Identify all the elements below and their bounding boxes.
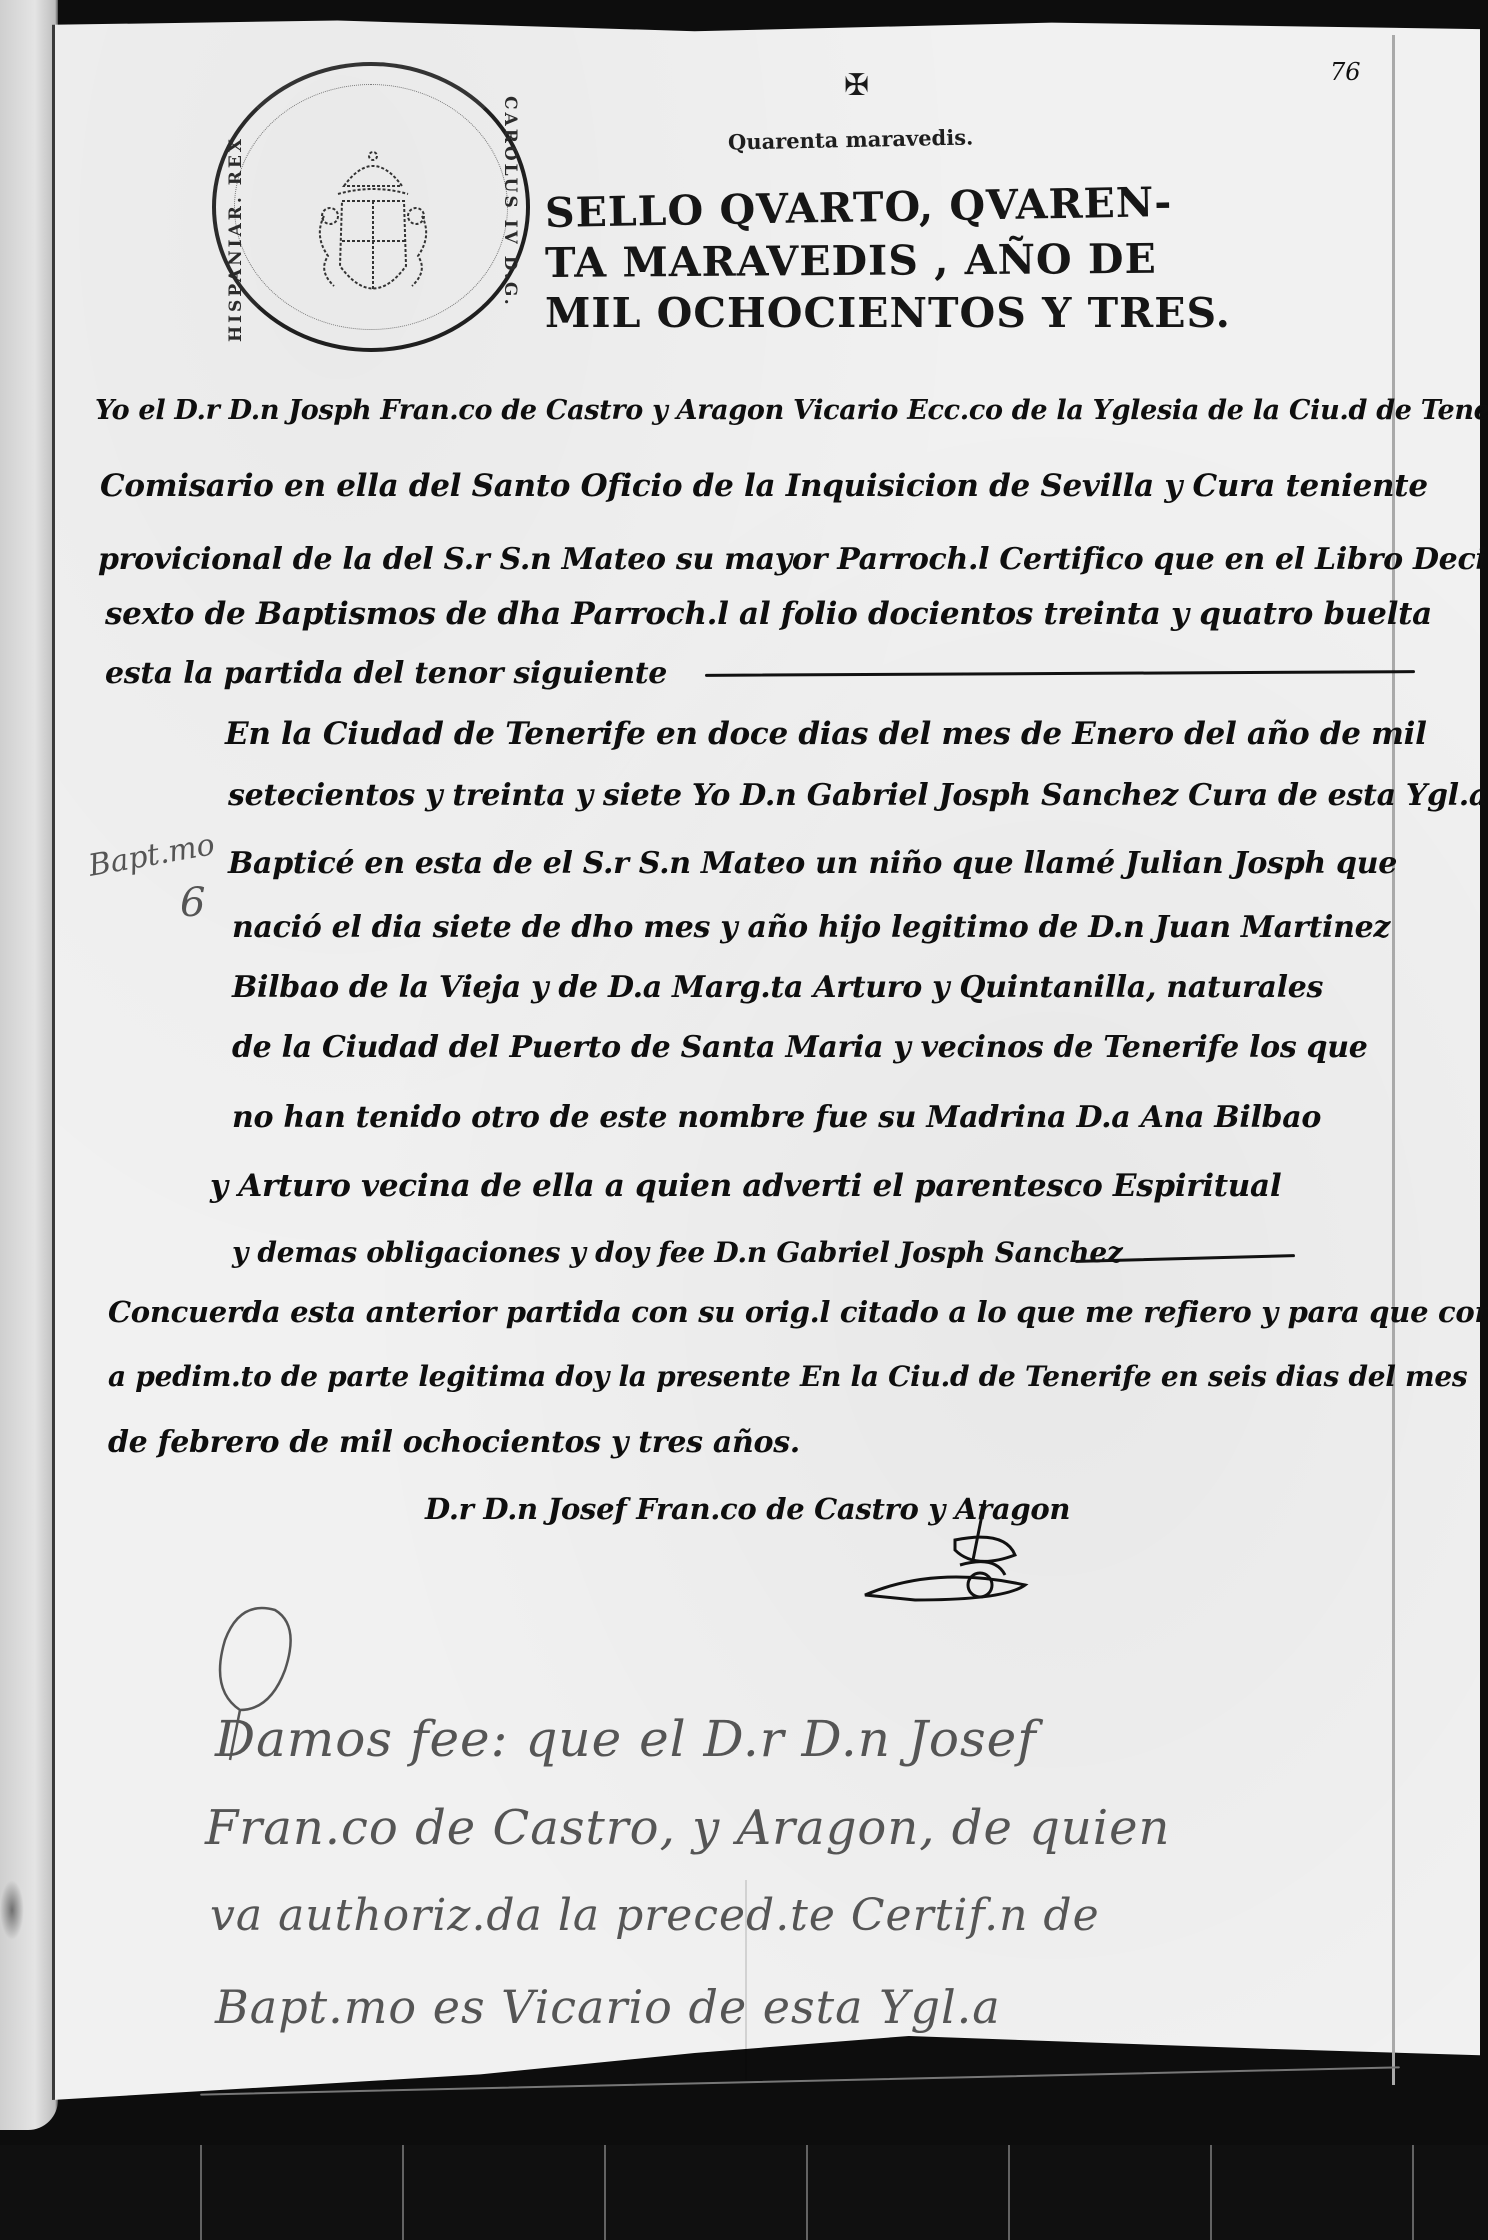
concordance-line: a pedim.to de parte legitima doy la pres… — [108, 1360, 1467, 1393]
certification-line: Comisario en ella del Santo Oficio de la… — [100, 468, 1428, 504]
attestation-line: Damos fee: que el D.r D.n Josef — [215, 1710, 1037, 1768]
entry-line: de la Ciudad del Puerto de Santa Maria y… — [232, 1030, 1368, 1065]
stamp-title-line: TA MARAVEDIS , AÑO DE — [545, 235, 1225, 286]
stamp-title-line: SELLO QVARTO, QVAREN- — [545, 178, 1226, 236]
royal-coat-of-arms-icon — [314, 146, 432, 316]
entry-line: En la Ciudad de Tenerife en doce dias de… — [225, 716, 1427, 752]
certification-line: Yo el D.r D.n Josph Fran.co de Castro y … — [95, 395, 1488, 426]
stamp-title: SELLO QVARTO, QVAREN- TA MARAVEDIS , AÑO… — [545, 190, 1225, 336]
attestation-line: va authoriz.da la preced.te Certif.n de — [210, 1890, 1100, 1941]
signature-flourish-icon — [855, 1500, 1035, 1610]
seal-legend-left: HISPANIAR. REX — [226, 136, 256, 342]
seal-legend-right: CAROLUS IV D.G. — [490, 96, 520, 308]
stamp-value-line: Quarenta maravedis. — [728, 124, 974, 154]
royal-seal: HISPANIAR. REX CAROLUS IV D.G. — [212, 62, 530, 352]
entry-line: nació el dia siete de dho mes y año hijo… — [232, 910, 1390, 945]
attestation-line: Fran.co de Castro, y Aragon, de quien — [205, 1800, 1170, 1856]
margin-note-number: 6 — [180, 880, 205, 926]
page-stain — [0, 1880, 24, 1940]
entry-line: Bapticé en esta de el S.r S.n Mateo un n… — [228, 846, 1397, 881]
paper-edge-line — [1392, 35, 1395, 2085]
certification-line: sexto de Baptismos de dha Parroch.l al f… — [105, 596, 1432, 632]
entry-line: setecientos y treinta y siete Yo D.n Gab… — [228, 778, 1488, 813]
attestation-line: Bapt.mo es Vicario de esta Ygl.a — [215, 1980, 1001, 2034]
entry-line: no han tenido otro de este nombre fue su… — [232, 1100, 1321, 1135]
stamp-title-line: MIL OCHOCIENTOS Y TRES. — [545, 290, 1225, 336]
certification-line: provicional de la del S.r S.n Mateo su m… — [98, 542, 1488, 577]
certification-line: esta la partida del tenor siguiente — [105, 656, 667, 691]
concordance-line: Concuerda esta anterior partida con su o… — [108, 1295, 1488, 1329]
entry-line: y Arturo vecina de ella a quien adverti … — [210, 1168, 1281, 1204]
entry-line: Bilbao de la Vieja y de D.a Marg.ta Artu… — [232, 970, 1323, 1005]
folio-number: 76 — [1330, 58, 1361, 86]
facing-page-edge — [0, 0, 58, 2130]
book-binding — [0, 2145, 1488, 2240]
concordance-line: de febrero de mil ochocientos y tres año… — [108, 1425, 800, 1460]
entry-line: y demas obligaciones y doy fee D.n Gabri… — [232, 1236, 1122, 1269]
cross-icon: ✠ — [844, 68, 869, 103]
